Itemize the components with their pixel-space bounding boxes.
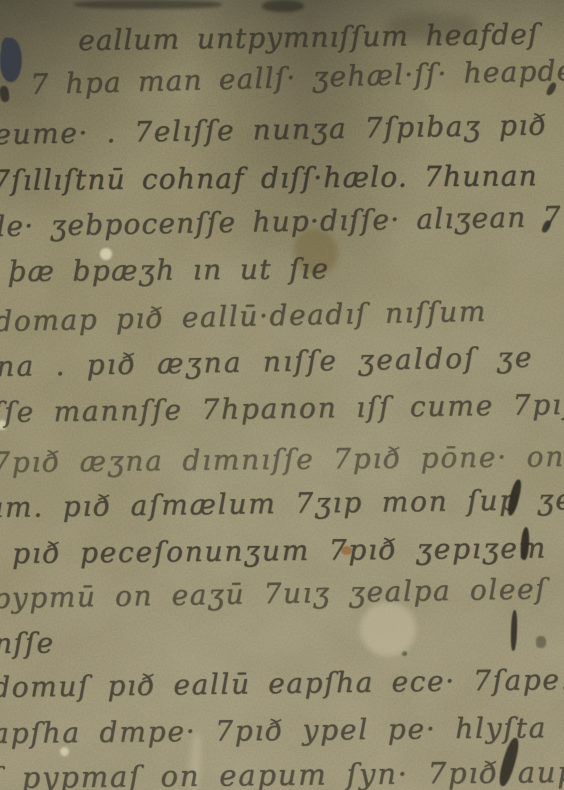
manuscript-line: 7 hpa man eallſ· ʒehæl·ſſ· heapdeſ [30, 53, 564, 101]
manuscript-line: eallum untpymnıſſum heafdeſ [78, 18, 539, 57]
manuscript-line: pypmū on eaʒū 7uıʒ ʒealpa oleeſ [0, 572, 547, 615]
manuscript-line: le· ʒebpocenſſe hup·dıſſe· alıʒean 7 [0, 200, 562, 243]
manuscript-line: na . pıð æʒna nıſſe ʒealdoſ ʒe [0, 341, 534, 383]
manuscript-line: pıð peceſonunʒum 7pıð ʒepıʒem [12, 531, 547, 570]
manuscript-line: apſha dmpe· 7pıð ypel pe· hlyſta [0, 711, 547, 750]
manuscript-line: 7ſıllıſtnū cohnaf dıſſ·hælo. 7hunan [0, 159, 538, 197]
manuscript-line: domap pıð eallū·deadıſ nıſſum [0, 295, 487, 338]
manuscript-line: ſſe mannſſe 7hpanon ıſſ cume 7pıſ [0, 388, 564, 429]
manuscript-line: þæ bpæʒh ın ut ſıe [8, 252, 329, 288]
manuscript-page: eallum untpymnıſſum heafdeſ7 hpa man eal… [0, 0, 564, 790]
manuscript-line: ſ pypmaſ on eapum ſyn· 7pıð aupſ [0, 755, 564, 790]
manuscript-line: nſſe [0, 626, 54, 660]
manuscript-line: domuſ pıð eallū eapſha ece· 7ſape. [0, 663, 564, 704]
manuscript-line: 7pıð æʒna dımnıſſe 7pıð pōne· on [0, 440, 564, 479]
manuscript-line: ım. pıð aſmælum 7ʒıp mon ſup ʒe [0, 483, 564, 524]
manuscript-line: eume· . 7elıſſe nunʒa 7ſpıbaʒ pıð h [0, 108, 564, 151]
text-layer: eallum untpymnıſſum heafdeſ7 hpa man eal… [0, 0, 564, 790]
